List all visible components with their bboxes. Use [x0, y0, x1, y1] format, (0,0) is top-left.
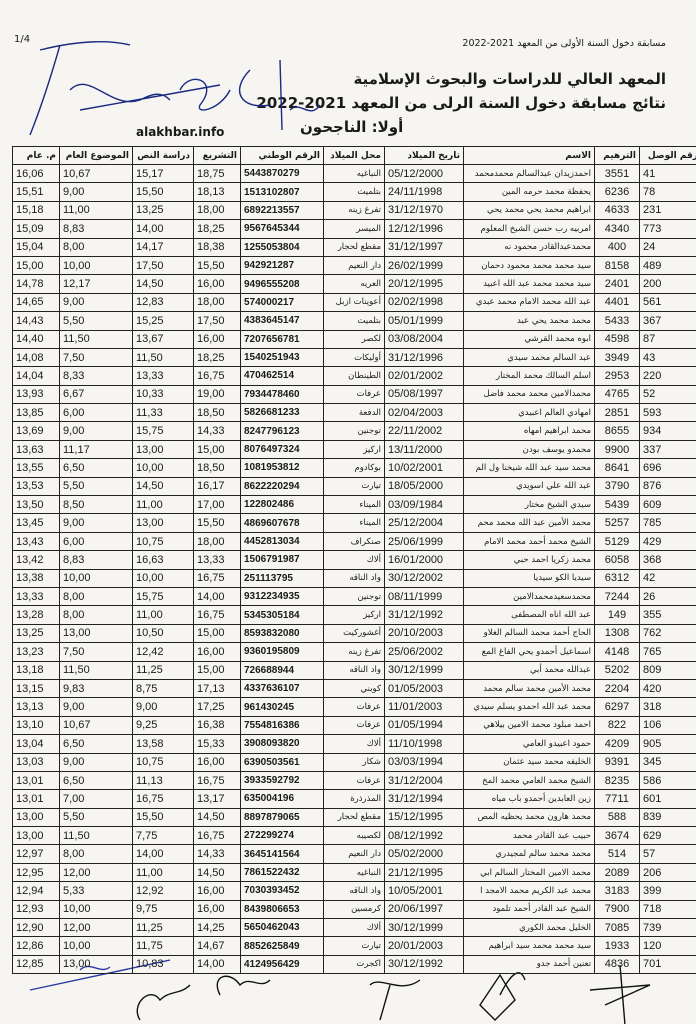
birth-date-cell: 30/12/1999 — [385, 661, 464, 679]
average-cell: 14,78 — [13, 275, 60, 293]
legislation-score-cell: 16,00 — [194, 900, 241, 918]
average-cell: 15,00 — [13, 256, 60, 274]
birth-date-cell: 05/08/1997 — [385, 385, 464, 403]
birth-place-cell: ألاك — [324, 919, 385, 937]
text-study-score-cell: 11,25 — [133, 919, 194, 937]
table-row: 267621308الحاج أحمد محمد السالم الغلاو20… — [13, 624, 696, 642]
table-row: 1413551احمدزيدان عبدالسالم محمدمحمد05/12… — [13, 165, 696, 183]
table-row: 196095439سيدي الشيخ مختار03/09/1984المين… — [13, 496, 696, 514]
general-topic-score-cell: 12,17 — [60, 275, 133, 293]
legislation-score-cell: 15,00 — [194, 624, 241, 642]
text-study-score-cell: 11,00 — [133, 606, 194, 624]
birth-date-cell: 15/12/1995 — [385, 808, 464, 826]
receipt-cell: 876 — [640, 477, 696, 495]
general-topic-score-cell: 6,50 — [60, 735, 133, 753]
birth-place-cell: عرفات — [324, 771, 385, 789]
top-caption: مسابقة دخول السنة الأولى من المعهد 2021-… — [462, 38, 666, 49]
birth-date-cell: 25/12/2004 — [385, 514, 464, 532]
code-cell: 514 — [595, 845, 640, 863]
birth-place-cell: تيارت — [324, 937, 385, 955]
average-cell: 13,00 — [13, 808, 60, 826]
text-study-score-cell: 15,17 — [133, 165, 194, 183]
receipt-cell: 231 — [640, 201, 696, 219]
average-cell: 13,00 — [13, 827, 60, 845]
receipt-cell: 78 — [640, 183, 696, 201]
national-id-cell: 4383645147 — [241, 312, 324, 330]
receipt-cell: 337 — [640, 440, 696, 458]
name-cell: محمد الأمين عبد الله محمد محم — [464, 514, 595, 532]
legislation-score-cell: 14,50 — [194, 863, 241, 881]
table-row: 159348655محمد ابراهيم امهاه22/11/2002توج… — [13, 422, 696, 440]
general-topic-score-cell: 13,00 — [60, 955, 133, 973]
legislation-score-cell: 14,25 — [194, 919, 241, 937]
code-cell: 7085 — [595, 919, 640, 937]
national-id-cell: 3933592792 — [241, 771, 324, 789]
national-id-cell: 8247796123 — [241, 422, 324, 440]
general-topic-score-cell: 6,50 — [60, 459, 133, 477]
average-cell: 12,85 — [13, 955, 60, 973]
national-id-cell: 961430245 — [241, 698, 324, 716]
birth-date-cell: 20/12/1995 — [385, 275, 464, 293]
legislation-score-cell: 13,17 — [194, 790, 241, 808]
average-cell: 14,04 — [13, 367, 60, 385]
text-study-score-cell: 11,75 — [133, 937, 194, 955]
name-cell: سيدي الشيخ مختار — [464, 496, 595, 514]
national-id-cell: 5650462043 — [241, 919, 324, 937]
name-cell: يحفظة محمد حرمه المين — [464, 183, 595, 201]
general-topic-score-cell: 12,00 — [60, 863, 133, 881]
receipt-cell: 57 — [640, 845, 696, 863]
text-study-score-cell: 13,67 — [133, 330, 194, 348]
code-cell: 4209 — [595, 735, 640, 753]
name-cell: محمد محمد يحي عبد — [464, 312, 595, 330]
birth-place-cell: واد الناقه — [324, 569, 385, 587]
general-topic-score-cell: 11,17 — [60, 440, 133, 458]
code-cell: 9900 — [595, 440, 640, 458]
birth-place-cell: اكجرت — [324, 955, 385, 973]
national-id-cell: 1540251943 — [241, 348, 324, 366]
legislation-score-cell: 15,50 — [194, 256, 241, 274]
national-id-cell: 9496555208 — [241, 275, 324, 293]
name-cell: محمد الامين المختار السالم ابي — [464, 863, 595, 881]
average-cell: 13,15 — [13, 679, 60, 697]
national-id-cell: 8593832080 — [241, 624, 324, 642]
code-cell: 6236 — [595, 183, 640, 201]
birth-place-cell: الميسر — [324, 220, 385, 238]
code-cell: 822 — [595, 716, 640, 734]
general-topic-score-cell: 13,00 — [60, 624, 133, 642]
receipt-cell: 696 — [640, 459, 696, 477]
receipt-cell: 601 — [640, 790, 696, 808]
text-study-score-cell: 10,00 — [133, 459, 194, 477]
receipt-cell: 318 — [640, 698, 696, 716]
general-topic-score-cell: 7,50 — [60, 643, 133, 661]
text-study-score-cell: 15,50 — [133, 183, 194, 201]
col-birth-date: تاريخ الميلاد — [385, 147, 464, 165]
table-row: 524400محمدعبدالقادر محمود نه31/12/1997مق… — [13, 238, 696, 256]
text-study-score-cell: 11,50 — [133, 348, 194, 366]
legislation-score-cell: 15,00 — [194, 440, 241, 458]
birth-date-cell: 03/08/2004 — [385, 330, 464, 348]
legislation-score-cell: 15,50 — [194, 514, 241, 532]
code-cell: 4633 — [595, 201, 640, 219]
birth-date-cell: 01/05/1994 — [385, 716, 464, 734]
name-cell: محمد عبد الكريم محمد الامجد ا — [464, 882, 595, 900]
text-study-score-cell: 10,00 — [133, 569, 194, 587]
general-topic-score-cell: 9,00 — [60, 698, 133, 716]
code-cell: 5202 — [595, 661, 640, 679]
code-cell: 588 — [595, 808, 640, 826]
code-cell: 6297 — [595, 698, 640, 716]
birth-date-cell: 31/12/1994 — [385, 790, 464, 808]
birth-place-cell: كوبني — [324, 679, 385, 697]
national-id-cell: 8076497324 — [241, 440, 324, 458]
legislation-score-cell: 18,38 — [194, 238, 241, 256]
signature-icon — [220, 50, 340, 140]
receipt-cell: 355 — [640, 606, 696, 624]
table-row: 333459391الخليفه محمد سيد عثمان03/03/199… — [13, 753, 696, 771]
receipt-cell: 489 — [640, 256, 696, 274]
name-cell: الحاج أحمد محمد السالم الغلاو — [464, 624, 595, 642]
text-study-score-cell: 14,50 — [133, 477, 194, 495]
table-row: 32314633ابراهيم محمد يحي محمد يحي31/12/1… — [13, 201, 696, 219]
text-study-score-cell: 14,17 — [133, 238, 194, 256]
average-cell: 12,97 — [13, 845, 60, 863]
table-row: 93675433محمد محمد يحي عبد05/01/1999بتلمي… — [13, 312, 696, 330]
average-cell: 15,04 — [13, 238, 60, 256]
receipt-cell: 839 — [640, 808, 696, 826]
birth-date-cell: 01/05/2003 — [385, 679, 464, 697]
legislation-score-cell: 18,25 — [194, 348, 241, 366]
birth-place-cell: مقطع لحجار — [324, 808, 385, 826]
birth-date-cell: 11/10/1998 — [385, 735, 464, 753]
legislation-score-cell: 16,00 — [194, 753, 241, 771]
birth-place-cell: كرمسين — [324, 900, 385, 918]
national-id-cell: 7030393452 — [241, 882, 324, 900]
national-id-cell: 7554816386 — [241, 716, 324, 734]
code-cell: 4765 — [595, 385, 640, 403]
table-row: 72002401سيد محمد محمد عبد الله اعبيد20/1… — [13, 275, 696, 293]
table-row: 417187900الشيخ عبد القادر أحمد تلمود20/0… — [13, 900, 696, 918]
receipt-cell: 586 — [640, 771, 696, 789]
national-id-cell: 8439806653 — [241, 900, 324, 918]
average-cell: 13,53 — [13, 477, 60, 495]
name-cell: احمد مبلود محمد الامين بيلاهي — [464, 716, 595, 734]
birth-place-cell: واد الناقه — [324, 661, 385, 679]
text-study-score-cell: 17,50 — [133, 256, 194, 274]
text-study-score-cell: 9,25 — [133, 716, 194, 734]
text-study-score-cell: 14,00 — [133, 845, 194, 863]
receipt-cell: 220 — [640, 367, 696, 385]
general-topic-score-cell: 5,50 — [60, 808, 133, 826]
text-study-score-cell: 10,83 — [133, 955, 194, 973]
birth-date-cell: 30/12/1992 — [385, 955, 464, 973]
legislation-score-cell: 17,00 — [194, 496, 241, 514]
birth-date-cell: 16/01/2000 — [385, 551, 464, 569]
birth-place-cell: أعوينات ازبل — [324, 293, 385, 311]
general-topic-score-cell: 8,33 — [60, 367, 133, 385]
national-id-cell: 5443870279 — [241, 165, 324, 183]
institute-title: المعهد العالي للدراسات والبحوث الإسلامية — [353, 70, 666, 88]
table-row: 329054209حمود اعبيدو العامي11/10/1998ألا… — [13, 735, 696, 753]
name-cell: حبيب عبد القادر محمد — [464, 827, 595, 845]
birth-date-cell: 31/12/1997 — [385, 238, 464, 256]
birth-place-cell: بتلميت — [324, 183, 385, 201]
legislation-score-cell: 18,13 — [194, 183, 241, 201]
table-row: 392062089محمد الامين المختار السالم ابي2… — [13, 863, 696, 881]
national-id-cell: 5345305184 — [241, 606, 324, 624]
general-topic-score-cell: 10,00 — [60, 900, 133, 918]
receipt-cell: 106 — [640, 716, 696, 734]
birth-place-cell: تفرغ زينه — [324, 201, 385, 219]
birth-place-cell: لكصر — [324, 330, 385, 348]
table-row: 64898158سيد محمد محمد محمود دحمان26/02/1… — [13, 256, 696, 274]
name-cell: سيد محمد محمد عبد الله اعبيد — [464, 275, 595, 293]
text-study-score-cell: 14,50 — [133, 275, 194, 293]
average-cell: 13,01 — [13, 771, 60, 789]
table-row: 303186297محمد عبد الله احمدو يسلم سيدي11… — [13, 698, 696, 716]
national-id-cell: 726688944 — [241, 661, 324, 679]
receipt-cell: 43 — [640, 348, 696, 366]
table-row: 427397085الخليل محمد الكوري30/12/1999ألا… — [13, 919, 696, 937]
national-id-cell: 251113795 — [241, 569, 324, 587]
table-row: 122202953اسلم السالك محمد المختار02/01/2… — [13, 367, 696, 385]
name-cell: الشيخ عبد القادر أحمد تلمود — [464, 900, 595, 918]
national-id-cell: 3645141564 — [241, 845, 324, 863]
general-topic-score-cell: 8,00 — [60, 587, 133, 605]
legislation-score-cell: 18,00 — [194, 293, 241, 311]
receipt-cell: 593 — [640, 404, 696, 422]
legislation-score-cell: 16,75 — [194, 606, 241, 624]
average-cell: 13,33 — [13, 587, 60, 605]
general-topic-score-cell: 7,50 — [60, 348, 133, 366]
text-study-score-cell: 7,75 — [133, 827, 194, 845]
code-cell: 1933 — [595, 937, 640, 955]
name-cell: الشيخ محمد أحمد محمد الامام — [464, 532, 595, 550]
average-cell: 13,85 — [13, 404, 60, 422]
national-id-cell: 8897879065 — [241, 808, 324, 826]
table-row: 85614401عبد الله محمد الامام محمد عبدي02… — [13, 293, 696, 311]
table-row: 25355149عبد الله اناه المصطفى31/12/1992ا… — [13, 606, 696, 624]
birth-date-cell: 02/02/1998 — [385, 293, 464, 311]
code-cell: 2953 — [595, 367, 640, 385]
code-cell: 7244 — [595, 587, 640, 605]
national-id-cell: 9312234935 — [241, 587, 324, 605]
general-topic-score-cell: 5,50 — [60, 477, 133, 495]
text-study-score-cell: 11,00 — [133, 496, 194, 514]
average-cell: 13,04 — [13, 735, 60, 753]
legislation-score-cell: 18,00 — [194, 532, 241, 550]
legislation-score-cell: 13,33 — [194, 551, 241, 569]
birth-date-cell: 20/10/2003 — [385, 624, 464, 642]
birth-place-cell: اركيز — [324, 606, 385, 624]
text-study-score-cell: 10,50 — [133, 624, 194, 642]
birth-place-cell: النباغيه — [324, 165, 385, 183]
name-cell: امهادي العالم اعبيدي — [464, 404, 595, 422]
birth-place-cell: اركيز — [324, 440, 385, 458]
receipt-cell: 368 — [640, 551, 696, 569]
legislation-score-cell: 16,75 — [194, 367, 241, 385]
receipt-cell: 739 — [640, 919, 696, 937]
text-study-score-cell: 9,00 — [133, 698, 194, 716]
text-study-score-cell: 11,25 — [133, 661, 194, 679]
average-cell: 13,43 — [13, 532, 60, 550]
table-row: 294202204محمد الأمين محمد سالم محمد01/05… — [13, 679, 696, 697]
code-cell: 3183 — [595, 882, 640, 900]
receipt-cell: 765 — [640, 643, 696, 661]
code-cell: 8641 — [595, 459, 640, 477]
receipt-cell: 609 — [640, 496, 696, 514]
receipt-cell: 87 — [640, 330, 696, 348]
legislation-score-cell: 18,00 — [194, 201, 241, 219]
text-study-score-cell: 13,58 — [133, 735, 194, 753]
general-topic-score-cell: 6,00 — [60, 532, 133, 550]
average-cell: 14,40 — [13, 330, 60, 348]
national-id-cell: 1506791987 — [241, 551, 324, 569]
code-cell: 149 — [595, 606, 640, 624]
table-row: 431201933سيد محمد محمد سيد ابراهيم20/01/… — [13, 937, 696, 955]
table-row: 356017711زين العابدين أحمدو باب مياه31/1… — [13, 790, 696, 808]
general-topic-score-cell: 6,00 — [60, 404, 133, 422]
legislation-score-cell: 16,75 — [194, 569, 241, 587]
general-topic-score-cell: 9,00 — [60, 293, 133, 311]
table-row: 2786236يحفظة محمد حرمه المين24/11/1998بت… — [13, 183, 696, 201]
general-topic-score-cell: 10,67 — [60, 716, 133, 734]
general-topic-score-cell: 10,00 — [60, 569, 133, 587]
text-study-score-cell: 13,33 — [133, 367, 194, 385]
code-cell: 4401 — [595, 293, 640, 311]
code-cell: 6312 — [595, 569, 640, 587]
general-topic-score-cell: 6,67 — [60, 385, 133, 403]
average-cell: 13,50 — [13, 496, 60, 514]
general-topic-score-cell: 7,00 — [60, 790, 133, 808]
average-cell: 13,10 — [13, 716, 60, 734]
name-cell: اسلم السالك محمد المختار — [464, 367, 595, 385]
results-table: الترتيب رقم الوصل الترهيم الاسم تاريخ ال… — [12, 146, 696, 974]
legislation-score-cell: 16,38 — [194, 716, 241, 734]
legislation-score-cell: 14,33 — [194, 845, 241, 863]
table-row: 47734340امربيه رب حسن الشيخ المعلوم12/12… — [13, 220, 696, 238]
general-topic-score-cell: 8,83 — [60, 220, 133, 238]
national-id-cell: 4124956429 — [241, 955, 324, 973]
birth-place-cell: مقطع لحجار — [324, 238, 385, 256]
name-cell: ابوه محمد القرشي — [464, 330, 595, 348]
average-cell: 15,09 — [13, 220, 60, 238]
text-study-score-cell: 15,50 — [133, 808, 194, 826]
name-cell: عبد الله اناه المصطفى — [464, 606, 595, 624]
name-cell: محمد سيد عبد الله شيخنا ول الم — [464, 459, 595, 477]
receipt-cell: 420 — [640, 679, 696, 697]
col-national-id: الرقم الوطني — [241, 147, 324, 165]
col-receipt: رقم الوصل — [640, 147, 696, 165]
legislation-score-cell: 16,75 — [194, 827, 241, 845]
birth-date-cell: 03/09/1984 — [385, 496, 464, 514]
receipt-cell: 24 — [640, 238, 696, 256]
name-cell: سيديا الكو سيديا — [464, 569, 595, 587]
text-study-score-cell: 10,75 — [133, 532, 194, 550]
birth-date-cell: 31/12/1996 — [385, 348, 464, 366]
text-study-score-cell: 12,83 — [133, 293, 194, 311]
table-row: 3857514محمد محمد سالم لمجيدري05/02/2000د… — [13, 845, 696, 863]
table-row: 24267244محمدسعيدمحمدالامين08/11/1999توجن… — [13, 587, 696, 605]
average-cell: 12,93 — [13, 900, 60, 918]
national-id-cell: 6892213557 — [241, 201, 324, 219]
general-topic-score-cell: 8,50 — [60, 496, 133, 514]
average-cell: 13,42 — [13, 551, 60, 569]
legislation-score-cell: 16,17 — [194, 477, 241, 495]
text-study-score-cell: 10,33 — [133, 385, 194, 403]
birth-date-cell: 10/05/2001 — [385, 882, 464, 900]
birth-place-cell: ألاك — [324, 551, 385, 569]
code-cell: 5257 — [595, 514, 640, 532]
birth-date-cell: 25/06/1999 — [385, 532, 464, 550]
general-topic-score-cell: 9,00 — [60, 514, 133, 532]
text-study-score-cell: 15,75 — [133, 422, 194, 440]
birth-date-cell: 25/06/2002 — [385, 643, 464, 661]
table-row: 403993183محمد عبد الكريم محمد الامجد ا10… — [13, 882, 696, 900]
col-birth-place: محل الميلاد — [324, 147, 385, 165]
receipt-cell: 206 — [640, 863, 696, 881]
legislation-score-cell: 17,13 — [194, 679, 241, 697]
receipt-cell: 718 — [640, 900, 696, 918]
general-topic-score-cell: 11,50 — [60, 661, 133, 679]
legislation-score-cell: 18,75 — [194, 165, 241, 183]
birth-date-cell: 31/12/1992 — [385, 606, 464, 624]
code-cell: 5433 — [595, 312, 640, 330]
receipt-cell: 762 — [640, 624, 696, 642]
general-topic-score-cell: 8,00 — [60, 238, 133, 256]
general-topic-score-cell: 11,50 — [60, 330, 133, 348]
national-id-cell: 6390503561 — [241, 753, 324, 771]
name-cell: امربيه رب حسن الشيخ المعلوم — [464, 220, 595, 238]
name-cell: عبد الله محمد الامام محمد عبدي — [464, 293, 595, 311]
birth-place-cell: أغشوركيت — [324, 624, 385, 642]
text-study-score-cell: 11,13 — [133, 771, 194, 789]
birth-place-cell: العريه — [324, 275, 385, 293]
average-cell: 13,03 — [13, 753, 60, 771]
legislation-score-cell: 14,33 — [194, 422, 241, 440]
code-cell: 3949 — [595, 348, 640, 366]
col-legislation: التشريع — [194, 147, 241, 165]
general-topic-score-cell: 8,00 — [60, 845, 133, 863]
name-cell: محمدالامين محمد محمد فاضل — [464, 385, 595, 403]
code-cell: 3551 — [595, 165, 640, 183]
general-topic-score-cell: 11,50 — [60, 827, 133, 845]
legislation-score-cell: 18,50 — [194, 404, 241, 422]
general-topic-score-cell: 9,00 — [60, 183, 133, 201]
code-cell: 3674 — [595, 827, 640, 845]
col-general-topic: الموضوع العام — [60, 147, 133, 165]
name-cell: الخليفه محمد سيد عثمان — [464, 753, 595, 771]
national-id-cell: 4869607678 — [241, 514, 324, 532]
text-study-score-cell: 13,00 — [133, 440, 194, 458]
col-average: م. عام — [13, 147, 60, 165]
table-row: 223686058محمد زكريا احمد حبي16/01/2000أل… — [13, 551, 696, 569]
birth-place-cell: عرفات — [324, 698, 385, 716]
name-cell: اسماعيل أحمدو يحي الفاغ المع — [464, 643, 595, 661]
birth-place-cell: دار النعيم — [324, 256, 385, 274]
receipt-cell: 52 — [640, 385, 696, 403]
receipt-cell: 934 — [640, 422, 696, 440]
receipt-cell: 345 — [640, 753, 696, 771]
general-topic-score-cell: 10,00 — [60, 937, 133, 955]
name-cell: محمد ابراهيم امهاه — [464, 422, 595, 440]
name-cell: الشيخ محمد العامي محمد المخ — [464, 771, 595, 789]
receipt-cell: 773 — [640, 220, 696, 238]
code-cell: 8158 — [595, 256, 640, 274]
national-id-cell: 1513102807 — [241, 183, 324, 201]
general-topic-score-cell: 8,00 — [60, 606, 133, 624]
